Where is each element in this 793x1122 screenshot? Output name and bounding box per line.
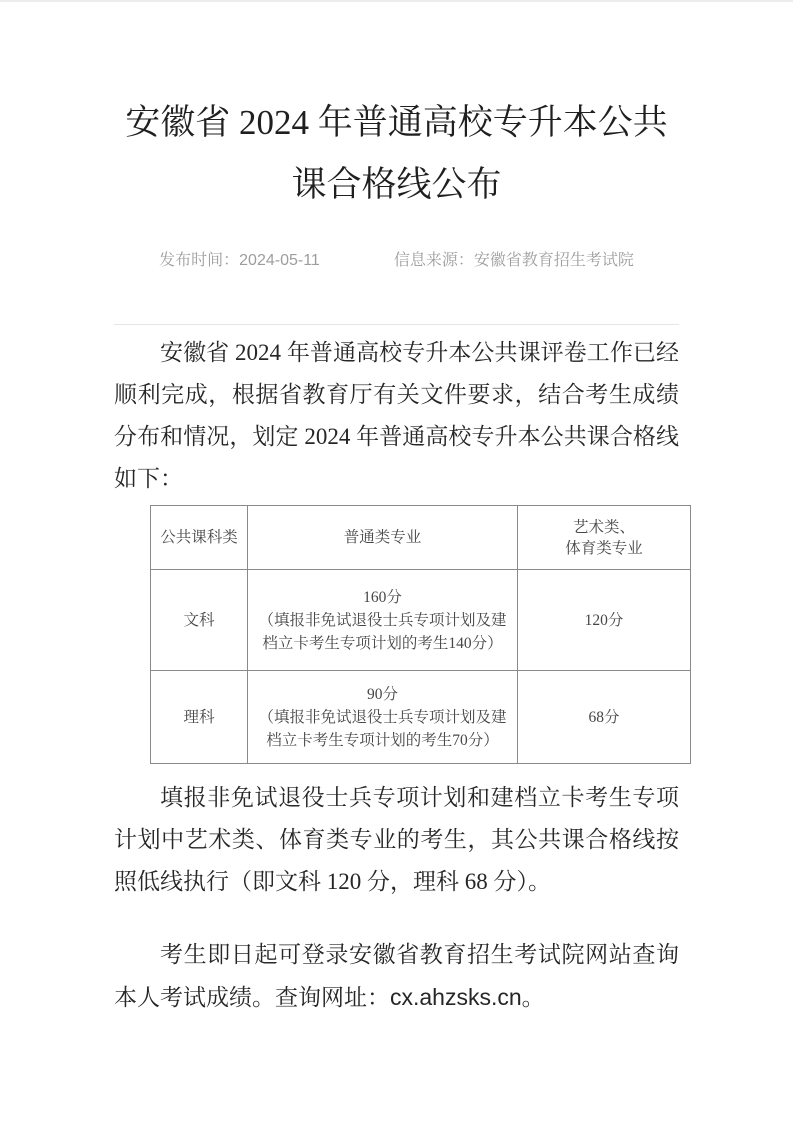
announcement-article: 安徽省 2024 年普通高校专升本公共课合格线公布 发布时间：2024-05-1… xyxy=(114,2,679,1019)
general-score-cell-science: 90分 （填报非免试退役士兵专项计划及建档立卡考生专项计划的考生70分） xyxy=(248,671,518,764)
publish-time: 发布时间：2024-05-11 xyxy=(159,250,320,272)
query-suffix: 。 xyxy=(522,985,545,1010)
general-score-cell-liberal-arts: 160分 （填报非免试退役士兵专项计划及建档立卡考生专项计划的考生140分） xyxy=(248,570,518,671)
score-table-header-row: 公共课科类 普通类专业 艺术类、 体育类专业 xyxy=(151,506,691,570)
header-subject-category: 公共课科类 xyxy=(151,506,248,570)
meta-divider xyxy=(114,324,679,325)
intro-paragraph: 安徽省 2024 年普通高校专升本公共课评卷工作已经顺利完成，根据省教育厅有关文… xyxy=(114,332,679,500)
category-science: 理科 xyxy=(151,671,248,764)
header-arts-pe-majors: 艺术类、 体育类专业 xyxy=(518,506,691,570)
info-source: 信息来源：安徽省教育招生考试院 xyxy=(394,250,634,272)
score-table: 公共课科类 普通类专业 艺术类、 体育类专业 文科 160分 （填报非免试退役士… xyxy=(150,505,691,764)
info-source-value: 安徽省教育招生考试院 xyxy=(474,252,634,269)
category-liberal-arts: 文科 xyxy=(151,570,248,671)
score-query-paragraph: 考生即日起可登录安徽省教育招生考试院网站查询本人考试成绩。查询网址：cx.ahz… xyxy=(114,934,679,1019)
query-url: cx.ahzsks.cn xyxy=(390,984,522,1010)
general-score-science: 90分 xyxy=(252,683,513,706)
header-general-majors: 普通类专业 xyxy=(248,506,518,570)
article-meta: 发布时间：2024-05-11 信息来源：安徽省教育招生考试院 xyxy=(114,250,679,272)
article-title: 安徽省 2024 年普通高校专升本公共课合格线公布 xyxy=(114,2,679,216)
score-table-row-science: 理科 90分 （填报非免试退役士兵专项计划及建档立卡考生专项计划的考生70分） … xyxy=(151,671,691,764)
publish-time-value: 2024-05-11 xyxy=(239,252,320,269)
general-score-note-liberal-arts: （填报非免试退役士兵专项计划及建档立卡考生专项计划的考生140分） xyxy=(252,609,513,655)
special-plan-note-paragraph: 填报非免试退役士兵专项计划和建档立卡考生专项计划中艺术类、体育类专业的考生，其公… xyxy=(114,777,679,903)
info-source-label: 信息来源： xyxy=(394,252,474,269)
publish-time-label: 发布时间： xyxy=(159,252,239,269)
general-score-liberal-arts: 160分 xyxy=(252,586,513,609)
arts-pe-score-liberal-arts: 120分 xyxy=(518,570,691,671)
arts-pe-score-science: 68分 xyxy=(518,671,691,764)
general-score-note-science: （填报非免试退役士兵专项计划及建档立卡考生专项计划的考生70分） xyxy=(252,706,513,752)
score-table-row-liberal-arts: 文科 160分 （填报非免试退役士兵专项计划及建档立卡考生专项计划的考生140分… xyxy=(151,570,691,671)
